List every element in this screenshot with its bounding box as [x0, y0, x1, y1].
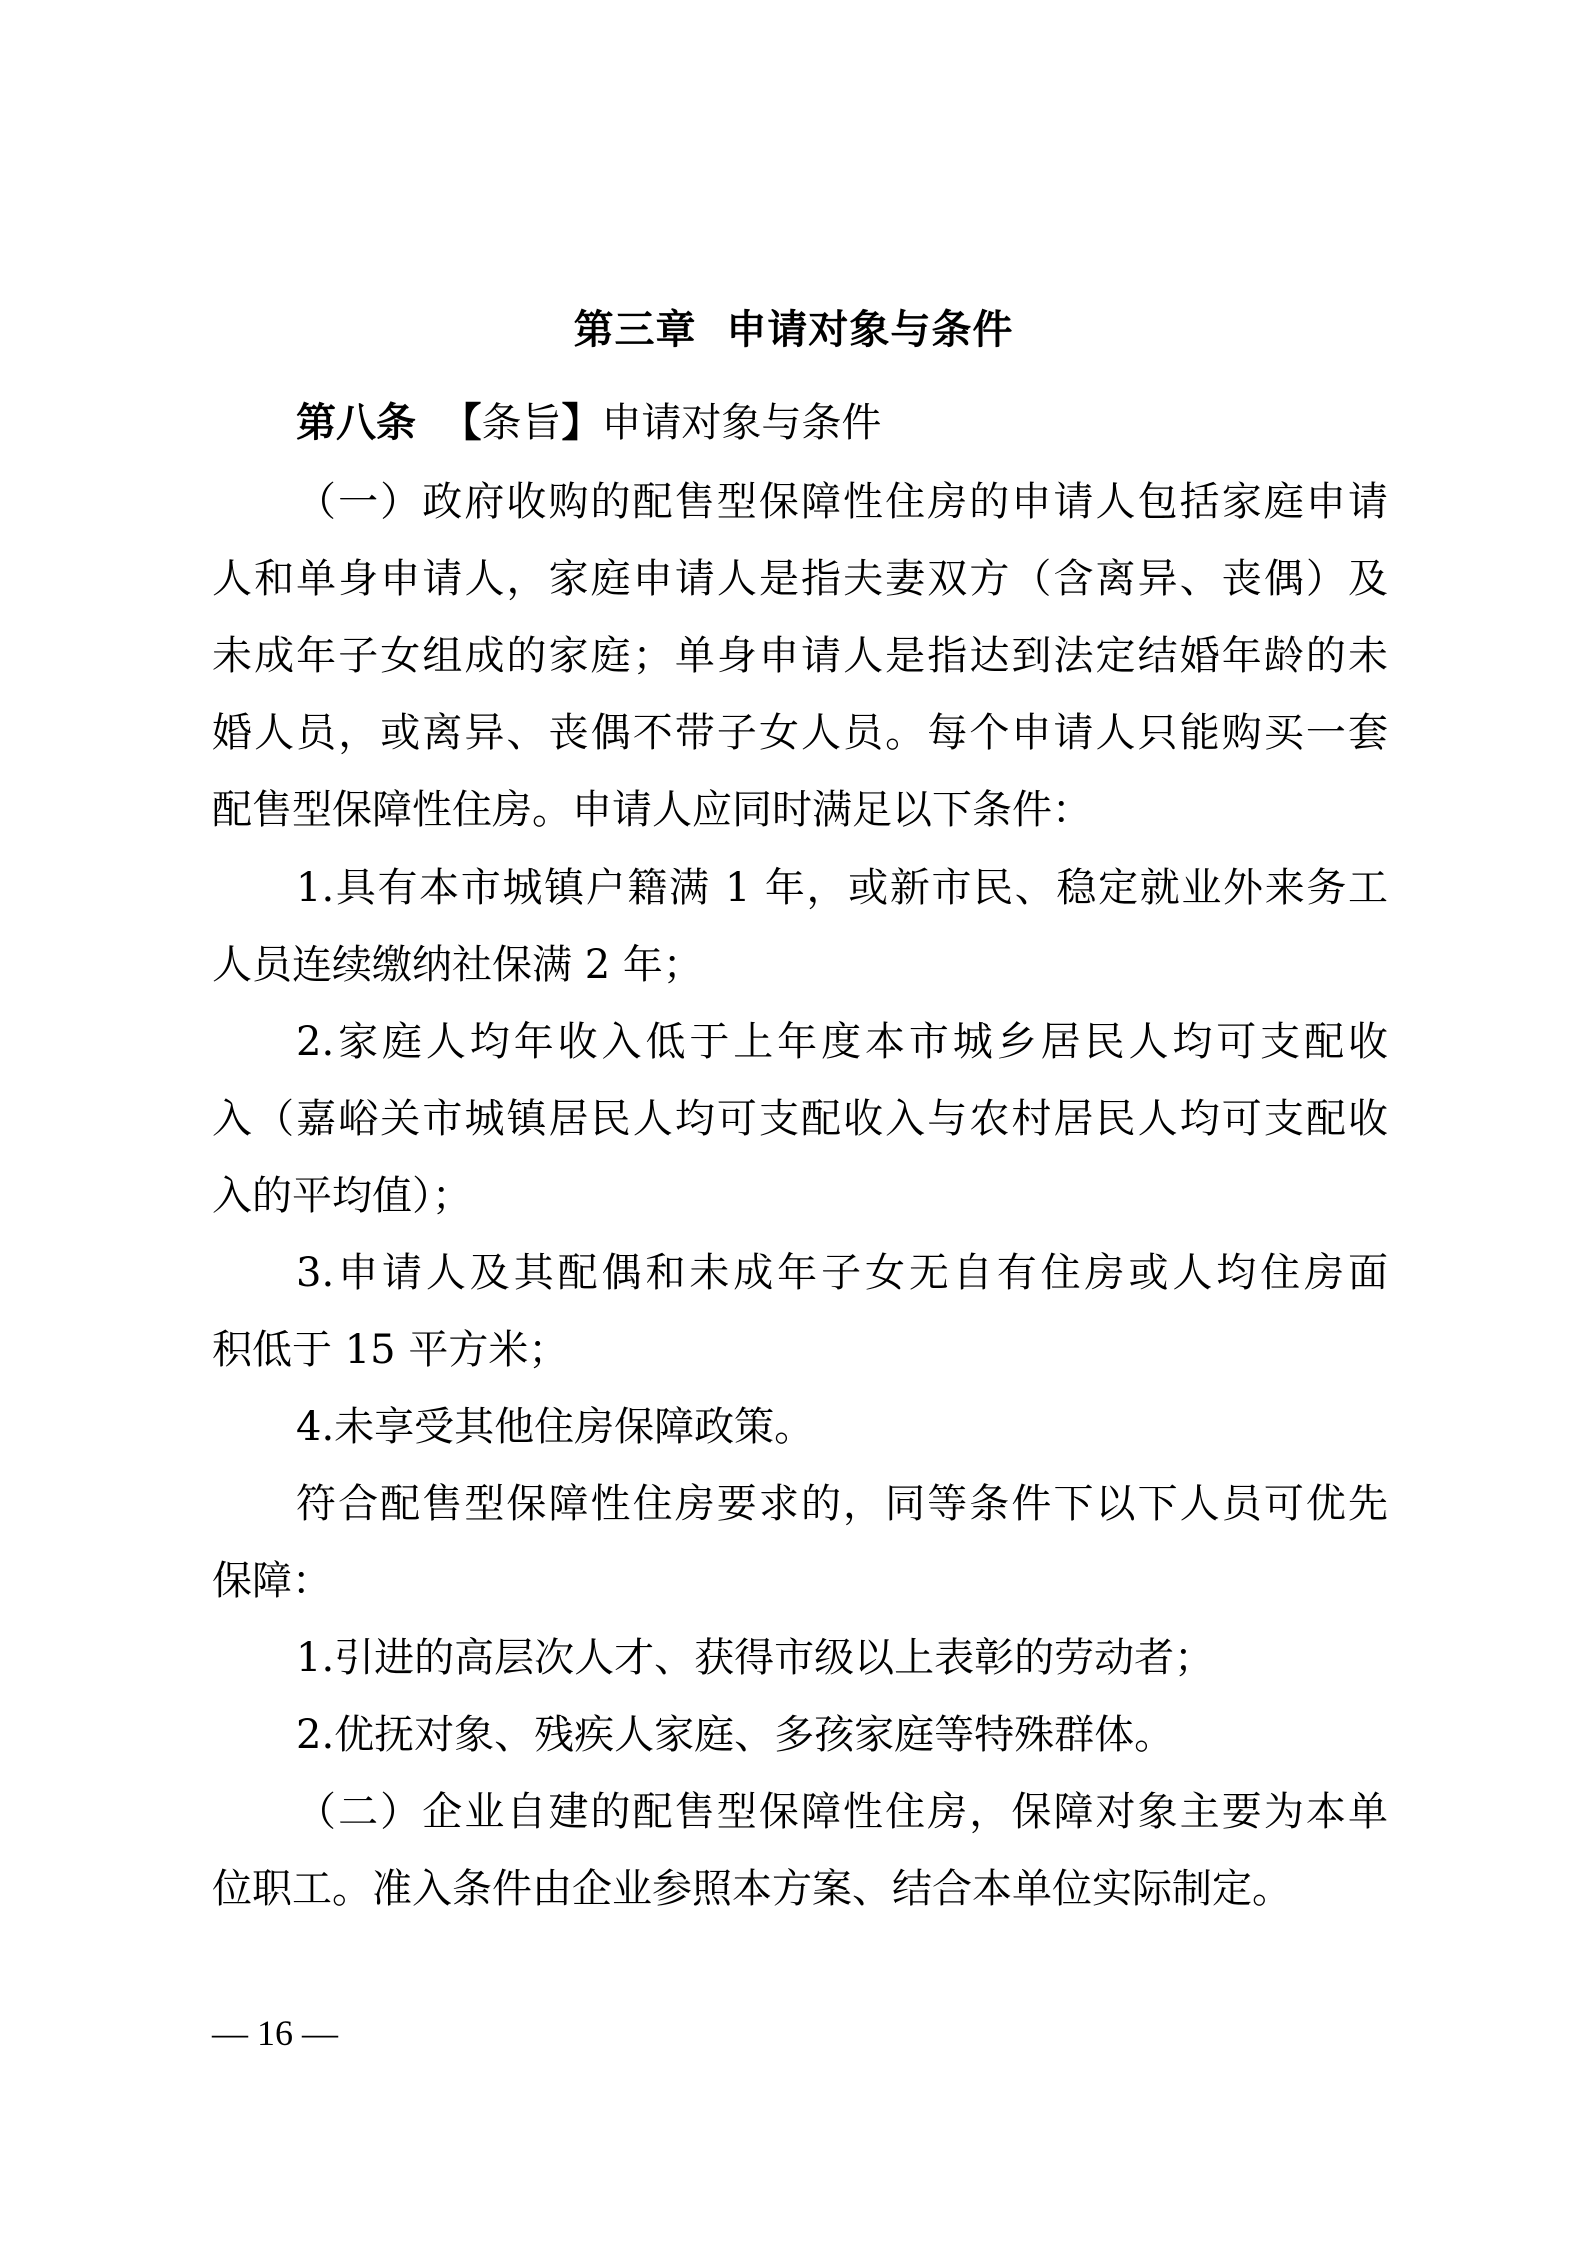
list-item-line: 4.未享受其他住房保障政策。 — [212, 1397, 1388, 1457]
article-gist-label: 条旨 — [481, 400, 561, 446]
paragraph-line: （一）政府收购的配售型保障性住房的申请人包括家庭申请 — [212, 472, 1388, 532]
list-item-line: 入的平均值）； — [212, 1166, 1388, 1226]
list-item-line: 3.申请人及其配偶和未成年子女无自有住房或人均住房面 — [212, 1243, 1388, 1303]
list-item-line: 2.优抚对象、残疾人家庭、多孩家庭等特殊群体。 — [212, 1705, 1388, 1765]
list-item-line: 1.引进的高层次人才、获得市级以上表彰的劳动者； — [212, 1628, 1388, 1688]
list-item-line: 入（嘉峪关市城镇居民人均可支配收入与农村居民人均可支配收 — [212, 1089, 1388, 1149]
list-item-line: 1.具有本市城镇户籍满 1 年，或新市民、稳定就业外来务工 — [212, 858, 1388, 918]
list-item-line: 2.家庭人均年收入低于上年度本市城乡居民人均可支配收 — [212, 1012, 1388, 1072]
list-item-line: 积低于 15 平方米； — [212, 1320, 1388, 1380]
paragraph-line: 人和单身申请人，家庭申请人是指夫妻双方（含离异、丧偶）及 — [212, 549, 1388, 609]
paragraph-line: 符合配售型保障性住房要求的，同等条件下以下人员可优先 — [212, 1474, 1388, 1534]
paragraph-line: 保障： — [212, 1551, 1388, 1611]
bracket-open: 【 — [441, 400, 481, 446]
page-number: — 16 — — [212, 2005, 338, 2061]
bracket-close: 】 — [561, 400, 601, 446]
chapter-title: 第三章 申请对象与条件 — [0, 300, 1587, 360]
article-subject: 申请对象与条件 — [601, 400, 881, 446]
paragraph-line: 配售型保障性住房。申请人应同时满足以下条件： — [212, 780, 1388, 840]
paragraph-line: 婚人员，或离异、丧偶不带子女人员。每个申请人只能购买一套 — [212, 703, 1388, 763]
paragraph-line: 未成年子女组成的家庭；单身申请人是指达到法定结婚年龄的未 — [212, 626, 1388, 686]
paragraph-line: （二）企业自建的配售型保障性住房，保障对象主要为本单 — [212, 1782, 1388, 1842]
article-label: 第八条 — [296, 400, 416, 446]
list-item-line: 人员连续缴纳社保满 2 年； — [212, 935, 1388, 995]
article-heading: 第八条 【条旨】申请对象与条件 — [212, 393, 1388, 453]
document-page: 第三章 申请对象与条件 第八条 【条旨】申请对象与条件 （一）政府收购的配售型保… — [0, 0, 1587, 2245]
paragraph-line: 位职工。准入条件由企业参照本方案、结合本单位实际制定。 — [212, 1859, 1388, 1919]
